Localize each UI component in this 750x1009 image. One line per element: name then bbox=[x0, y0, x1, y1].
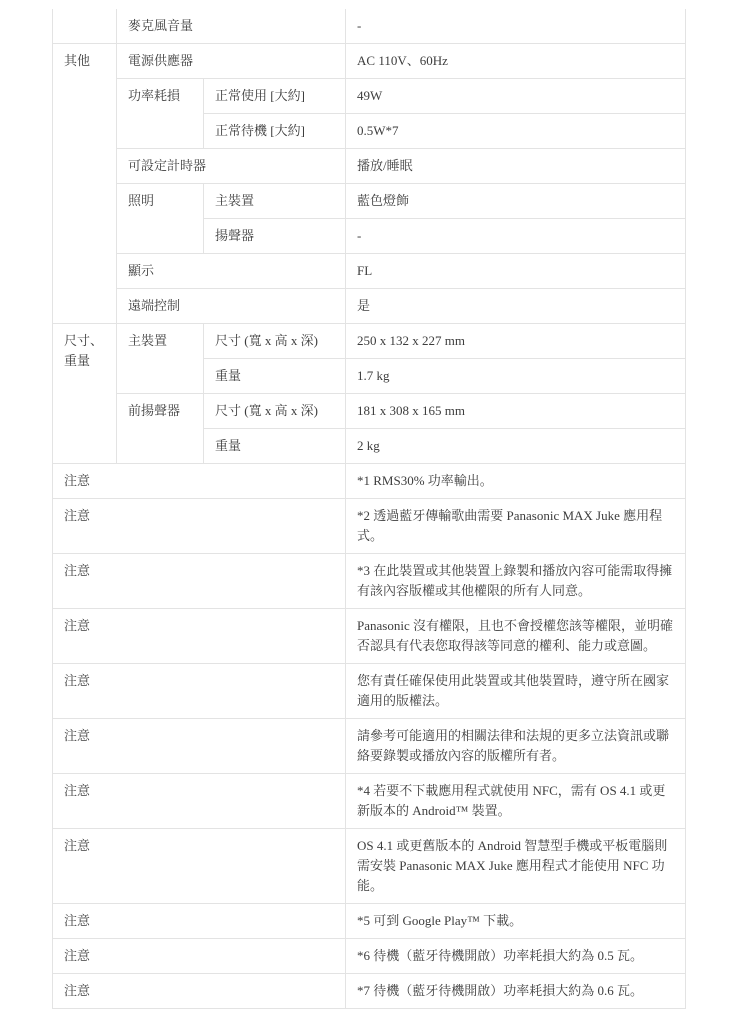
note-label: 注意 bbox=[53, 664, 346, 719]
note-text: *5 可到 Google Play™ 下載。 bbox=[346, 904, 686, 939]
front-speaker-dimensions-value: 181 x 308 x 165 mm bbox=[346, 394, 686, 429]
note-text: OS 4.1 或更舊版本的 Android 智慧型手機或平板電腦則需安裝 Pan… bbox=[346, 829, 686, 904]
illumination-speaker-label: 揚聲器 bbox=[204, 219, 346, 254]
power-supply-label: 電源供應器 bbox=[117, 44, 346, 79]
note-row: 注意 *7 待機（藍牙待機開啟）功率耗損大約為 0.6 瓦。 bbox=[53, 974, 686, 1009]
table-row: 遠端控制 是 bbox=[53, 289, 686, 324]
note-row: 注意 *1 RMS30% 功率輸出。 bbox=[53, 464, 686, 499]
product-spec-table: 麥克風音量 - 其他 電源供應器 AC 110V、60Hz 功率耗損 正常使用 … bbox=[52, 9, 686, 1009]
display-label: 顯示 bbox=[117, 254, 346, 289]
timer-label: 可設定計時器 bbox=[117, 149, 346, 184]
note-label: 注意 bbox=[53, 939, 346, 974]
timer-value: 播放/睡眠 bbox=[346, 149, 686, 184]
main-unit-dimensions-value: 250 x 132 x 227 mm bbox=[346, 324, 686, 359]
note-label: 注意 bbox=[53, 829, 346, 904]
remote-control-value: 是 bbox=[346, 289, 686, 324]
table-row: 照明 主裝置 藍色燈飾 bbox=[53, 184, 686, 219]
illumination-main-unit-label: 主裝置 bbox=[204, 184, 346, 219]
note-text: *4 若要不下載應用程式就使用 NFC，需有 OS 4.1 或更新版本的 And… bbox=[346, 774, 686, 829]
note-row: 注意 您有責任確保使用此裝置或其他裝置時，遵守所在國家適用的版權法。 bbox=[53, 664, 686, 719]
note-label: 注意 bbox=[53, 609, 346, 664]
note-row: 注意 Panasonic 沒有權限，且也不會授權您該等權限，並明確否認具有代表您… bbox=[53, 609, 686, 664]
note-text: *6 待機（藍牙待機開啟）功率耗損大約為 0.5 瓦。 bbox=[346, 939, 686, 974]
normal-use-label: 正常使用 [大約] bbox=[204, 79, 346, 114]
display-value: FL bbox=[346, 254, 686, 289]
note-text: *7 待機（藍牙待機開啟）功率耗損大約為 0.6 瓦。 bbox=[346, 974, 686, 1009]
note-label: 注意 bbox=[53, 499, 346, 554]
main-unit-weight-value: 1.7 kg bbox=[346, 359, 686, 394]
mic-volume-label: 麥克風音量 bbox=[117, 9, 346, 44]
front-speaker-label: 前揚聲器 bbox=[117, 394, 204, 464]
note-label: 注意 bbox=[53, 974, 346, 1009]
note-row: 注意 *5 可到 Google Play™ 下載。 bbox=[53, 904, 686, 939]
main-unit-label: 主裝置 bbox=[117, 324, 204, 394]
front-speaker-weight-label: 重量 bbox=[204, 429, 346, 464]
mic-volume-value: - bbox=[346, 9, 686, 44]
illumination-main-unit-value: 藍色燈飾 bbox=[346, 184, 686, 219]
table-row: 顯示 FL bbox=[53, 254, 686, 289]
illumination-speaker-value: - bbox=[346, 219, 686, 254]
table-row: 前揚聲器 尺寸 (寬 x 高 x 深) 181 x 308 x 165 mm bbox=[53, 394, 686, 429]
section-title-dimensions: 尺寸、重量 bbox=[53, 324, 117, 464]
standby-label: 正常待機 [大約] bbox=[204, 114, 346, 149]
illumination-label: 照明 bbox=[117, 184, 204, 254]
note-label: 注意 bbox=[53, 464, 346, 499]
note-row: 注意 *4 若要不下載應用程式就使用 NFC，需有 OS 4.1 或更新版本的 … bbox=[53, 774, 686, 829]
section-cell-empty bbox=[53, 9, 117, 44]
standby-value: 0.5W*7 bbox=[346, 114, 686, 149]
note-row: 注意 *6 待機（藍牙待機開啟）功率耗損大約為 0.5 瓦。 bbox=[53, 939, 686, 974]
table-row: 功率耗損 正常使用 [大約] 49W bbox=[53, 79, 686, 114]
remote-control-label: 遠端控制 bbox=[117, 289, 346, 324]
main-unit-dimensions-label: 尺寸 (寬 x 高 x 深) bbox=[204, 324, 346, 359]
note-text: 請參考可能適用的相關法律和法規的更多立法資訊或聯絡要錄製或播放內容的版權所有者。 bbox=[346, 719, 686, 774]
table-row: 可設定計時器 播放/睡眠 bbox=[53, 149, 686, 184]
main-unit-weight-label: 重量 bbox=[204, 359, 346, 394]
power-consumption-label: 功率耗損 bbox=[117, 79, 204, 149]
note-row: 注意 *3 在此裝置或其他裝置上錄製和播放內容可能需取得擁有該內容版權或其他權限… bbox=[53, 554, 686, 609]
note-label: 注意 bbox=[53, 554, 346, 609]
note-row: 注意 請參考可能適用的相關法律和法規的更多立法資訊或聯絡要錄製或播放內容的版權所… bbox=[53, 719, 686, 774]
note-label: 注意 bbox=[53, 904, 346, 939]
note-label: 注意 bbox=[53, 774, 346, 829]
note-text: Panasonic 沒有權限，且也不會授權您該等權限，並明確否認具有代表您取得該… bbox=[346, 609, 686, 664]
front-speaker-weight-value: 2 kg bbox=[346, 429, 686, 464]
section-title-other: 其他 bbox=[53, 44, 117, 324]
front-speaker-dimensions-label: 尺寸 (寬 x 高 x 深) bbox=[204, 394, 346, 429]
note-label: 注意 bbox=[53, 719, 346, 774]
power-supply-value: AC 110V、60Hz bbox=[346, 44, 686, 79]
note-text: 您有責任確保使用此裝置或其他裝置時，遵守所在國家適用的版權法。 bbox=[346, 664, 686, 719]
note-row: 注意 OS 4.1 或更舊版本的 Android 智慧型手機或平板電腦則需安裝 … bbox=[53, 829, 686, 904]
note-text: *1 RMS30% 功率輸出。 bbox=[346, 464, 686, 499]
spec-table-container: 麥克風音量 - 其他 電源供應器 AC 110V、60Hz 功率耗損 正常使用 … bbox=[52, 9, 685, 1009]
table-row: 尺寸、重量 主裝置 尺寸 (寬 x 高 x 深) 250 x 132 x 227… bbox=[53, 324, 686, 359]
table-row: 麥克風音量 - bbox=[53, 9, 686, 44]
normal-use-value: 49W bbox=[346, 79, 686, 114]
note-row: 注意 *2 透過藍牙傳輸歌曲需要 Panasonic MAX Juke 應用程式… bbox=[53, 499, 686, 554]
table-row: 其他 電源供應器 AC 110V、60Hz bbox=[53, 44, 686, 79]
note-text: *2 透過藍牙傳輸歌曲需要 Panasonic MAX Juke 應用程式。 bbox=[346, 499, 686, 554]
note-text: *3 在此裝置或其他裝置上錄製和播放內容可能需取得擁有該內容版權或其他權限的所有… bbox=[346, 554, 686, 609]
